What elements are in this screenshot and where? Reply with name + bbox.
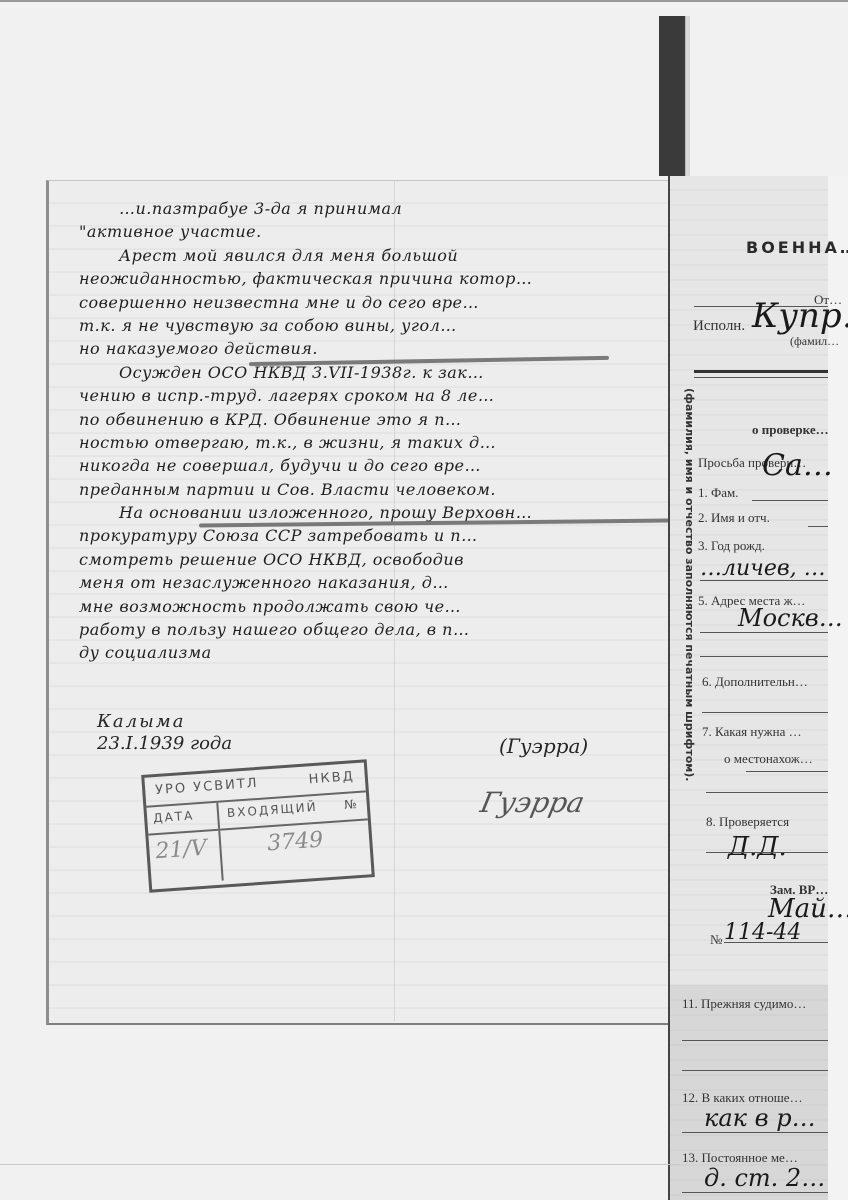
letter-line: ду социализма: [79, 641, 669, 664]
letter-line: …и.пазтрабуе 3-да я принимал: [79, 197, 669, 220]
letter-line: т.к. я не чувствую за собою вины, угол…: [79, 314, 669, 337]
form-field-8-label: 8. Проверяется: [706, 814, 789, 830]
form-field-7-label: 7. Какая нужна …: [702, 724, 802, 740]
letter-line: работу в пользу нашего общего дела, в п…: [79, 618, 669, 641]
stamp-incoming-label: ВХОДЯЩИЙ: [227, 800, 319, 824]
letter-line: прокуратуру Союза ССР затребовать и п…: [79, 524, 669, 547]
letter-body: …и.пазтрабуе 3-да я принимал "активное у…: [79, 197, 669, 665]
incoming-stamp: УРО УСВИТЛ НКВД ДАТА ВХОДЯЩИЙ № 21/V 374…: [141, 759, 375, 892]
binder-spine: [659, 16, 685, 176]
letter-line: неожиданностью, фактическая причина кото…: [79, 267, 669, 290]
form-rule: [700, 656, 828, 657]
form-rule: [752, 500, 828, 501]
handwritten-letter: …и.пазтрабуе 3-да я принимал "активное у…: [46, 180, 673, 1025]
form-rule: [724, 942, 828, 943]
form-rule: [700, 580, 828, 581]
letter-line: по обвинению в КРД. Обвинение это я п…: [79, 408, 669, 431]
letter-line: "активное участие.: [79, 220, 669, 243]
form-rule: [682, 1040, 828, 1041]
letter-line: мне возможность продолжать свою че…: [79, 595, 669, 618]
form-rule: [706, 852, 828, 853]
stamp-number-sign: №: [344, 797, 360, 816]
form-field-1-label: 1. Фам.: [698, 485, 739, 501]
binder-spine-edge: [685, 16, 690, 176]
form-number-label: №: [710, 932, 722, 948]
form-field-3-value: …личев, …: [700, 556, 826, 581]
form-field-2-label: 2. Имя и отч.: [698, 510, 770, 526]
signature-name: (Гуэрра): [499, 734, 588, 758]
form-field-12-value: как в р…: [704, 1104, 816, 1132]
form-vertical-note: (фамилия, имя и отчество заполняются печ…: [676, 388, 696, 788]
letter-line: смотреть решение ОСО НКВД, освободив: [79, 548, 669, 571]
form-rule: [746, 771, 828, 772]
form-title: ВОЕННА…: [746, 238, 848, 257]
stamp-header-right: НКВД: [308, 769, 356, 794]
form-rule: [694, 377, 828, 378]
form-field-8-value: Д.Д.: [728, 832, 787, 862]
form-ispoln-label: Исполн.: [693, 318, 745, 335]
letter-place: Калыма: [97, 711, 185, 732]
form-field-6-label: 6. Дополнительн…: [702, 674, 808, 690]
form-familia-hint: (фамил…: [790, 334, 839, 349]
form-rule: [682, 1132, 828, 1133]
form-rule: [700, 632, 828, 633]
form-field-5-value: Москв…: [738, 604, 843, 632]
letter-line: ностью отвергаю, т.к., в жизни, я таких …: [79, 431, 669, 454]
form-field-11-label: 11. Прежняя судимо…: [682, 996, 806, 1012]
stamp-date-label: ДАТА: [146, 803, 220, 834]
letter-line: совершенно неизвестна мне и до сего вре…: [79, 291, 669, 314]
letter-line: никогда не совершал, будучи и до сего вр…: [79, 454, 669, 477]
form-rule: [682, 1192, 828, 1193]
form-check-heading: о проверке…: [752, 422, 829, 438]
form-rule: [682, 1070, 828, 1071]
stamp-number-value: 3749: [266, 828, 325, 874]
form-rule: [702, 712, 828, 713]
form-field-7-sublabel: о местонахож…: [724, 751, 813, 767]
form-field-1-value: Са…: [762, 448, 833, 483]
form-ispoln-value: Купр…: [752, 296, 848, 336]
form-thick-rule: [694, 370, 828, 373]
letter-date: 23.I.1939 года: [97, 733, 232, 754]
letter-line: чению в испр.-труд. лагерях сроком на 8 …: [79, 384, 669, 407]
signature: Гуэрра: [477, 786, 587, 819]
form-field-3-label: 3. Год рожд.: [698, 538, 765, 554]
stamp-date-value: 21/V: [155, 836, 208, 865]
scan-edge: [0, 0, 848, 2]
letter-line: меня от незаслуженного наказания, д…: [79, 571, 669, 594]
form-rule: [706, 792, 828, 793]
letter-line: Арест мой явился для меня большой: [79, 244, 669, 267]
form-rule: [808, 526, 828, 527]
letter-line: преданным партии и Сов. Власти человеком…: [79, 478, 669, 501]
letter-line: Осужден ОСО НКВД 3.VII-1938г. к зак…: [79, 361, 669, 384]
page-rule: [0, 1164, 680, 1165]
form-field-13-value: д. ст. 2…: [704, 1164, 825, 1192]
